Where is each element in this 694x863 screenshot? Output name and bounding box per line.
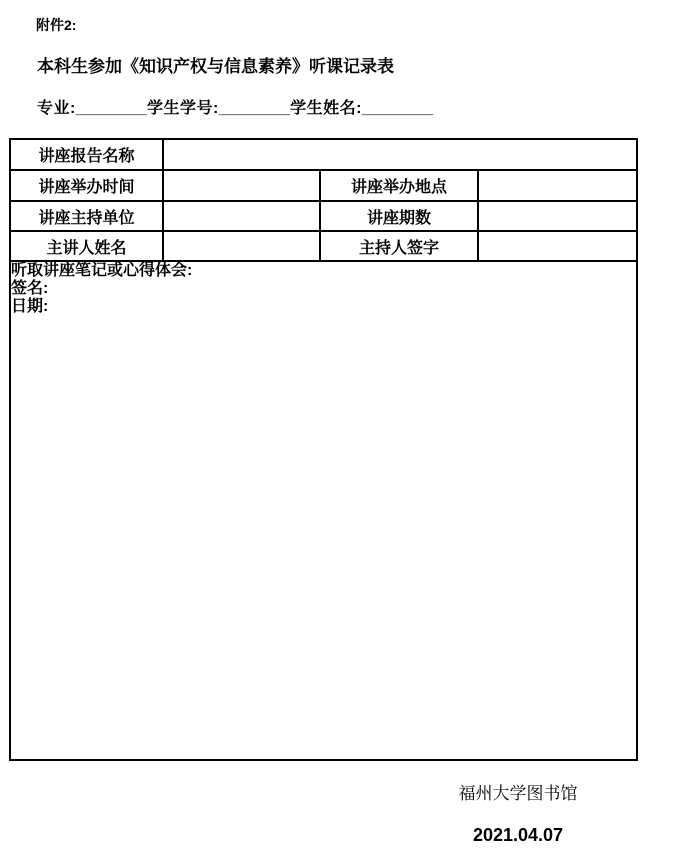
notes-cell[interactable]: 听取讲座笔记或心得体会: 签名: 日期: [10, 261, 637, 760]
host-unit-value-cell[interactable] [163, 201, 320, 231]
organization-name: 福州大学图书馆 [340, 779, 694, 804]
lecture-title-value-cell[interactable] [163, 139, 637, 170]
table-row-lecture-title: 讲座报告名称 [10, 139, 637, 170]
document-page: 附件2: 本科生参加《知识产权与信息素养》听课记录表 专业:________学生… [0, 0, 694, 863]
student-id-blank-field[interactable]: ________ [219, 100, 290, 117]
major-label: 专业: [37, 100, 76, 117]
major-blank-field[interactable]: ________ [76, 100, 147, 117]
lecture-place-value-cell[interactable] [478, 170, 637, 201]
page-title: 本科生参加《知识产权与信息素养》听课记录表 [37, 52, 394, 77]
lecture-time-label: 讲座举办时间 [10, 170, 163, 201]
lecture-record-table: 讲座报告名称 讲座举办时间 讲座举办地点 讲座主持单位 讲座期数 主讲人姓名 主… [9, 138, 638, 761]
signature-label: 签名: [11, 280, 636, 298]
lecture-title-label: 讲座报告名称 [10, 139, 163, 170]
date-label: 日期: [11, 298, 636, 316]
speaker-name-label: 主讲人姓名 [10, 231, 163, 261]
table-row-notes: 听取讲座笔记或心得体会: 签名: 日期: [10, 261, 637, 760]
host-unit-label: 讲座主持单位 [10, 201, 163, 231]
student-name-label: 学生姓名: [290, 100, 362, 117]
attachment-label: 附件2: [36, 15, 76, 35]
lecture-issue-number-label: 讲座期数 [320, 201, 478, 231]
table-row-time-place: 讲座举办时间 讲座举办地点 [10, 170, 637, 201]
notes-prompt-label: 听取讲座笔记或心得体会: [11, 262, 636, 280]
speaker-name-value-cell[interactable] [163, 231, 320, 261]
student-id-label: 学生学号: [147, 100, 219, 117]
moderator-signature-value-cell[interactable] [478, 231, 637, 261]
lecture-time-value-cell[interactable] [163, 170, 320, 201]
lecture-place-label: 讲座举办地点 [320, 170, 478, 201]
student-info-line: 专业:________学生学号:________学生姓名:________ [37, 95, 433, 118]
table-row-speaker-signature: 主讲人姓名 主持人签字 [10, 231, 637, 261]
student-name-blank-field[interactable]: ________ [362, 100, 433, 117]
lecture-issue-number-value-cell[interactable] [478, 201, 637, 231]
document-footer: 福州大学图书馆 2021.04.07 [340, 779, 694, 846]
issue-date: 2021.04.07 [340, 825, 694, 846]
table-row-host-issue: 讲座主持单位 讲座期数 [10, 201, 637, 231]
moderator-signature-label: 主持人签字 [320, 231, 478, 261]
